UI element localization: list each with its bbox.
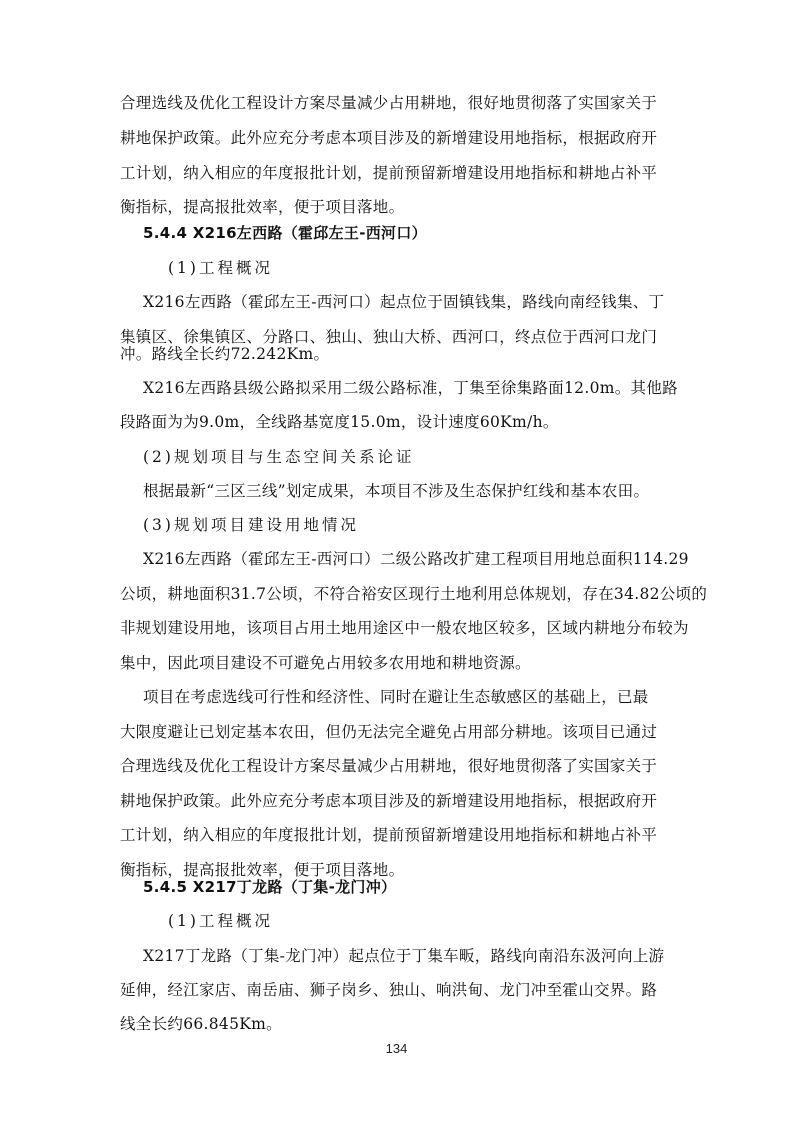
section-heading-5-4-5: 5.4.5 X217丁龙路（丁集-龙门冲） [143, 877, 699, 897]
paragraph-line: 集中，因此项目建设不可避免占用较多农用地和耕地资源。 [120, 653, 676, 673]
paragraph-line: 延伸，经江家店、南岳庙、狮子岗乡、独山、响洪甸、龙门冲至霍山交界。路 [120, 980, 676, 1000]
paragraph-line: 项目在考虑选线可行性和经济性、同时在避让生态敏感区的基础上，已最 [143, 687, 699, 707]
paragraph-line: X216左西路（霍邱左王-西河口）起点位于固镇钱集，路线向南经钱集、丁 [143, 292, 699, 312]
paragraph-line: X216左西路县级公路拟采用二级公路标准，丁集至徐集路面12.0m。其他路 [143, 378, 699, 398]
document-page: 合理选线及优化工程设计方案尽量减少占用耕地，很好地贯彻落了实国家关于 耕地保护政… [0, 0, 793, 1122]
paragraph-line: 衡指标，提高报批效率，便于项目落地。 [120, 197, 676, 217]
paragraph-line: 大限度避让已划定基本农田，但仍无法完全避免占用部分耕地。该项目已通过 [120, 722, 676, 742]
paragraph-line: 非规划建设用地，该项目占用土地用途区中一般农地区较多，区域内耕地分布较为 [120, 618, 676, 638]
paragraph-line: X217丁龙路（丁集-龙门冲）起点位于丁集车畈，路线向南沿东汲河向上游 [143, 946, 699, 966]
subsection-heading: (2)规划项目与生态空间关系论证 [143, 447, 699, 467]
paragraph-line: 合理选线及优化工程设计方案尽量减少占用耕地，很好地贯彻落了实国家关于 [120, 756, 676, 776]
paragraph-line: 公顷，耕地面积31.7公顷，不符合裕安区现行土地利用总体规划，存在34.82公顷… [120, 584, 676, 604]
subsection-heading: (1)工程概况 [168, 911, 724, 931]
paragraph-line: 工计划，纳入相应的年度报批计划，提前预留新增建设用地指标和耕地占补平 [120, 825, 676, 845]
paragraph-line: 冲。路线全长约72.242Km。 [120, 344, 676, 364]
paragraph-line: 根据最新“三区三线”划定成果，本项目不涉及生态保护红线和基本农田。 [143, 481, 699, 501]
subsection-heading: (3)规划项目建设用地情况 [143, 515, 699, 535]
paragraph-line: 线全长约66.845Km。 [120, 1014, 676, 1034]
subsection-heading: (1)工程概况 [168, 258, 724, 278]
paragraph-line: X216左西路（霍邱左王-西河口）二级公路改扩建工程项目用地总面积114.29 [143, 549, 699, 569]
paragraph-line: 耕地保护政策。此外应充分考虑本项目涉及的新增建设用地指标，根据政府开 [120, 128, 676, 148]
paragraph-line: 耕地保护政策。此外应充分考虑本项目涉及的新增建设用地指标，根据政府开 [120, 791, 676, 811]
paragraph-line: 合理选线及优化工程设计方案尽量减少占用耕地，很好地贯彻落了实国家关于 [120, 93, 676, 113]
page-number: 134 [0, 1041, 793, 1056]
paragraph-line: 段路面为为9.0m，全线路基宽度15.0m，设计速度60Km/h。 [120, 412, 676, 432]
paragraph-line: 工计划，纳入相应的年度报批计划，提前预留新增建设用地指标和耕地占补平 [120, 163, 676, 183]
section-heading-5-4-4: 5.4.4 X216左西路（霍邱左王-西河口） [143, 223, 699, 243]
